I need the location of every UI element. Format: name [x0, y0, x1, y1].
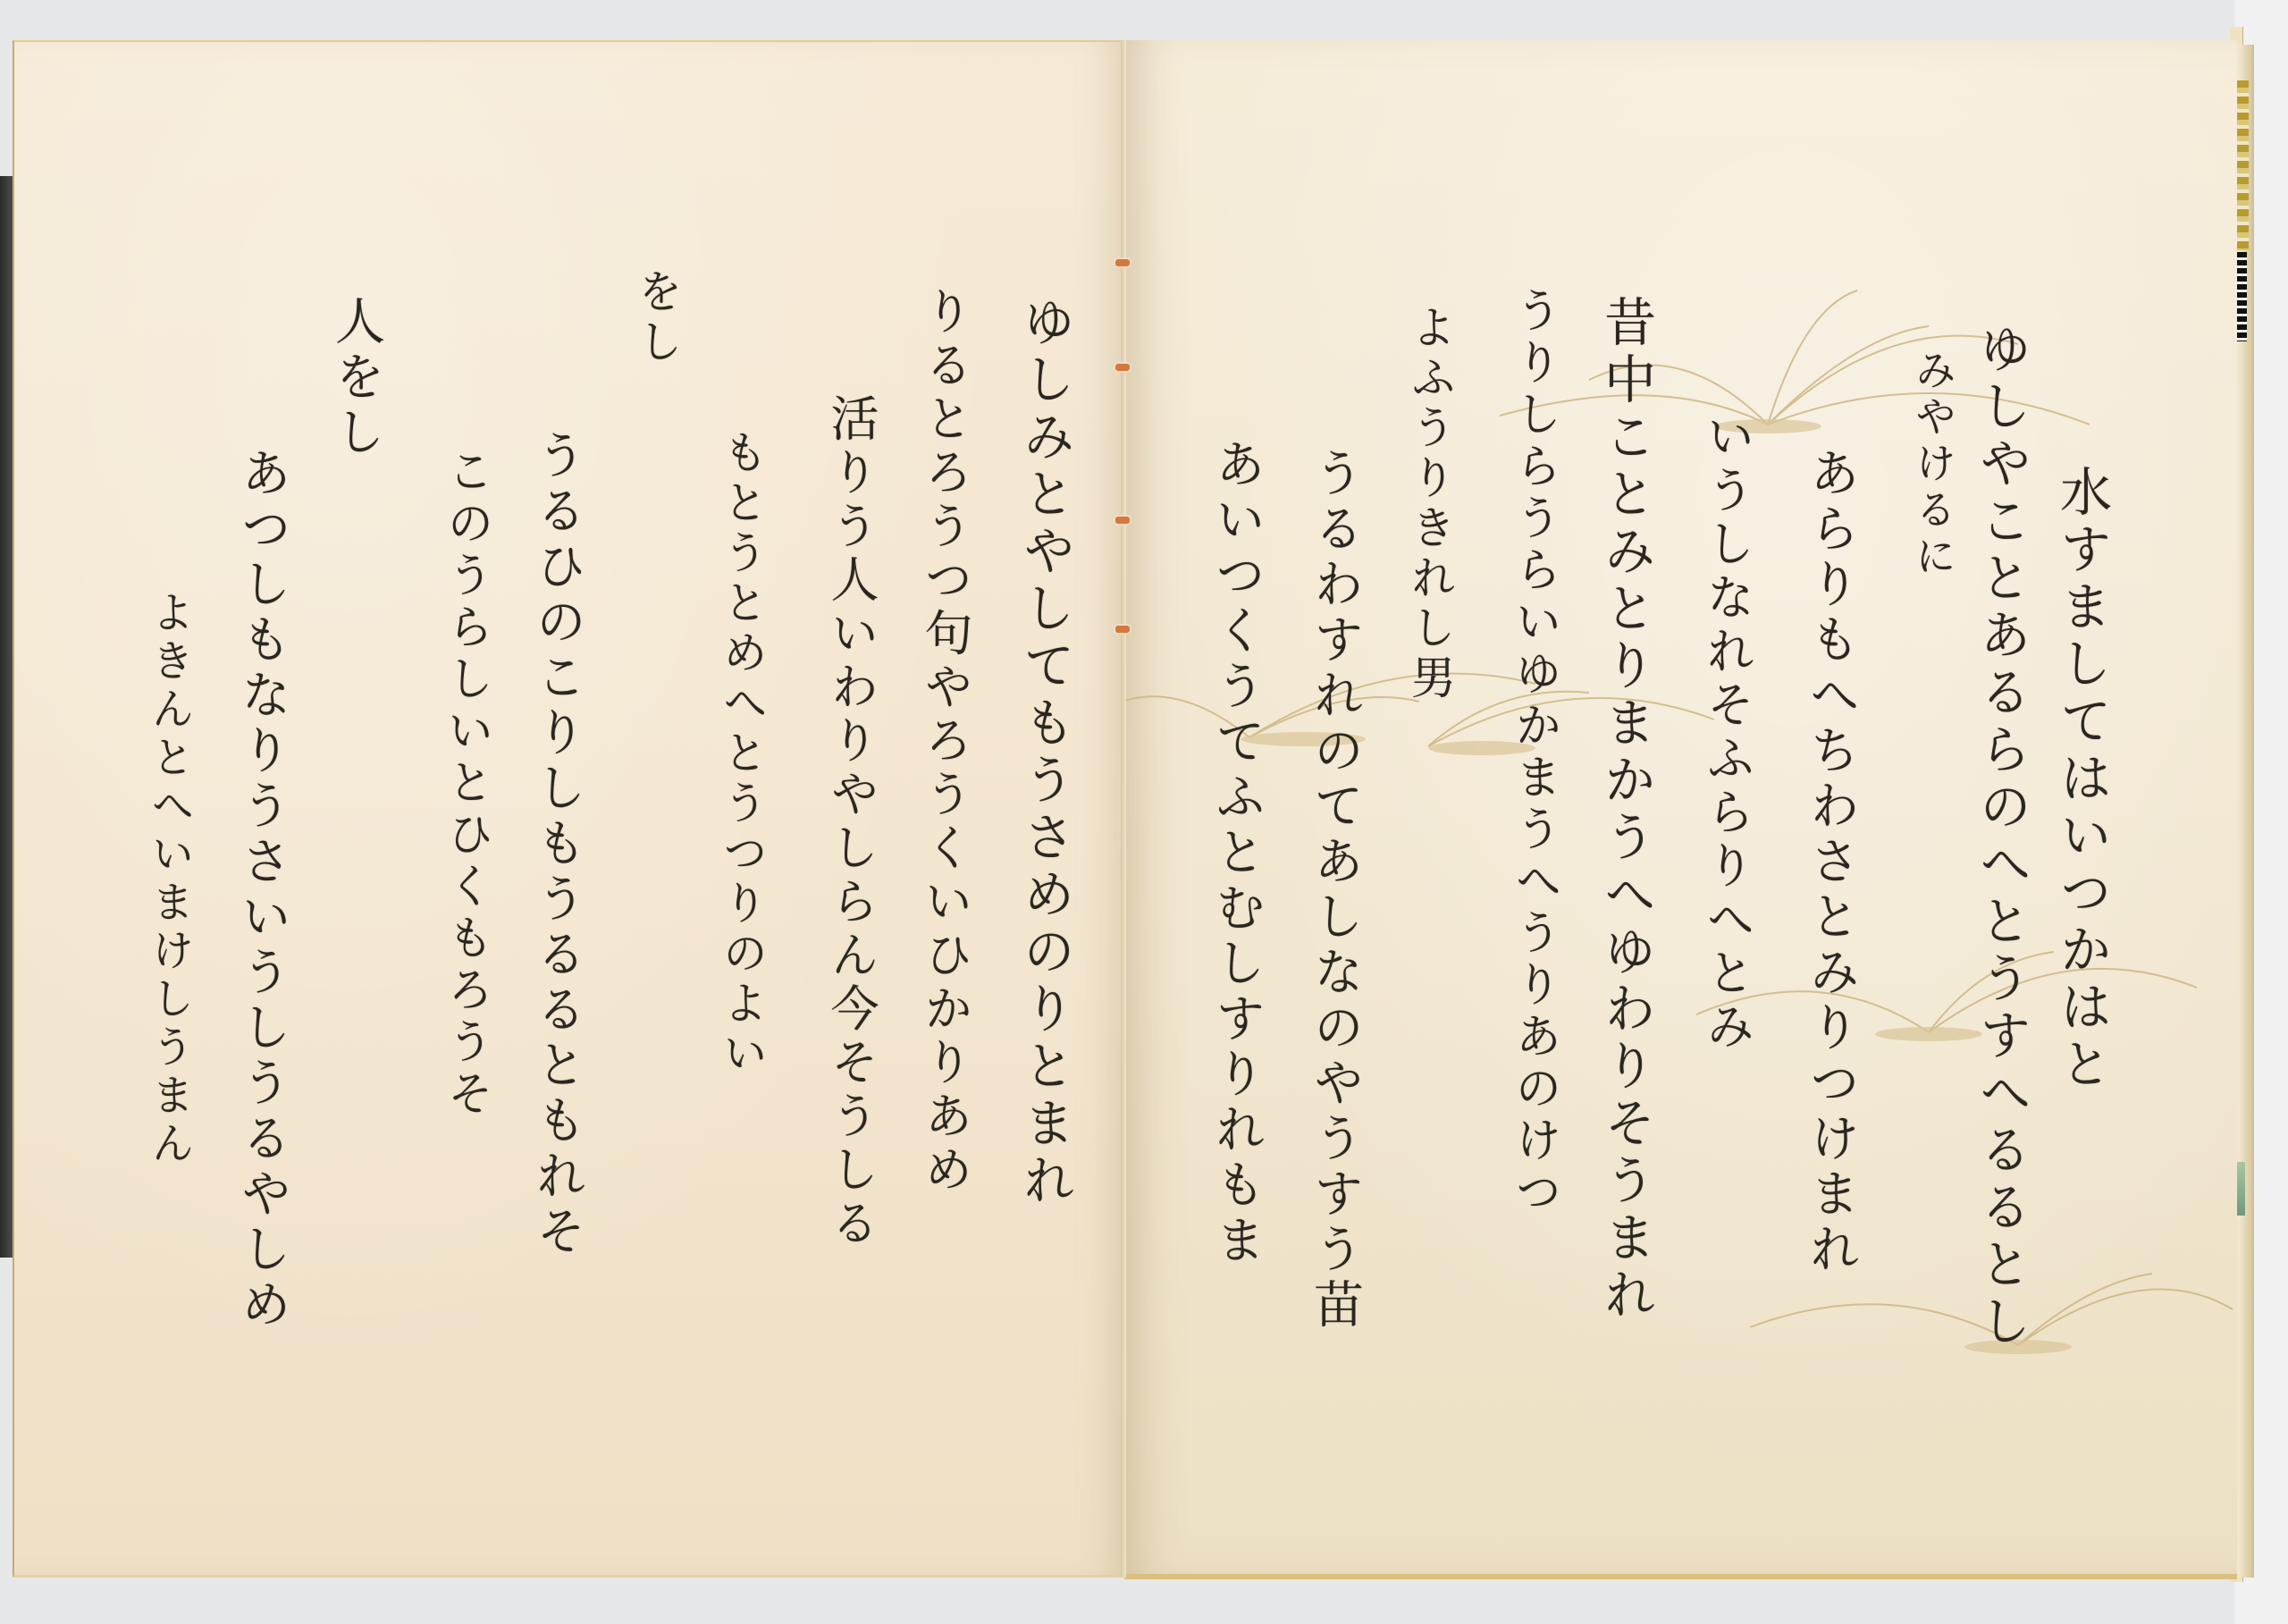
- calligraphy-column: 人をし: [331, 295, 381, 461]
- calligraphy-column: をし: [635, 268, 679, 368]
- calligraphy-column: あいつくうてふとむしすりれもま: [1211, 438, 1261, 1269]
- binding-stitch: [1115, 259, 1130, 266]
- calligraphy-column: みやけるに: [1913, 349, 1954, 581]
- calligraphy-column: 水すましてはいつかはと: [2056, 465, 2107, 1094]
- binding-stitch: [1115, 364, 1130, 371]
- calligraphy-column: うるひのこりしもうるるともれそ: [532, 429, 582, 1260]
- calligraphy-column: あらりもへちわさとみりつけまれ: [1805, 447, 1855, 1278]
- calligraphy-column: あつしもなりうさいうしうるやしめ: [237, 447, 287, 1334]
- open-book: 水すましてはいつかはと ゆしやことあるらのへとうすへるるとし みやけるに あらり…: [0, 0, 2288, 1624]
- calligraphy-column: りるとろうつ句やろうくいひかりあめ: [921, 286, 969, 1198]
- calligraphy-column: ゆしやことあるらのへとうすへるるとし: [1975, 322, 2027, 1351]
- calligraphy-column: もとうとめへとうつりのよい: [719, 429, 764, 1080]
- binding-stitch: [1115, 517, 1130, 524]
- calligraphy-column: このうらしいとひくもろうそ: [442, 447, 489, 1121]
- calligraphy-column: うりしらうらいゆかまうへうりあのけつ: [1510, 286, 1557, 1219]
- calligraphy-column: よきんとへいまけしうまん: [147, 590, 190, 1169]
- calligraphy-column: 昔中ことみとりまかうへゆわりそうまれ: [1600, 295, 1652, 1325]
- binding-stitch: [1115, 626, 1130, 633]
- calligraphy-column: 活りう人いわりやしらん今そうしる: [827, 393, 875, 1251]
- calligraphy-column: ゆしみとやしてもうさめのりとまれ: [1019, 295, 1071, 1210]
- calligraphy-column: よふうりきれし男: [1408, 304, 1452, 704]
- calligraphy-column: うるわすれのてあしなのやうすう苗: [1309, 447, 1359, 1334]
- book-spine-gutter: [1121, 40, 1126, 1578]
- calligraphy-column: いうしなれそふらりへとみ: [1703, 411, 1751, 1055]
